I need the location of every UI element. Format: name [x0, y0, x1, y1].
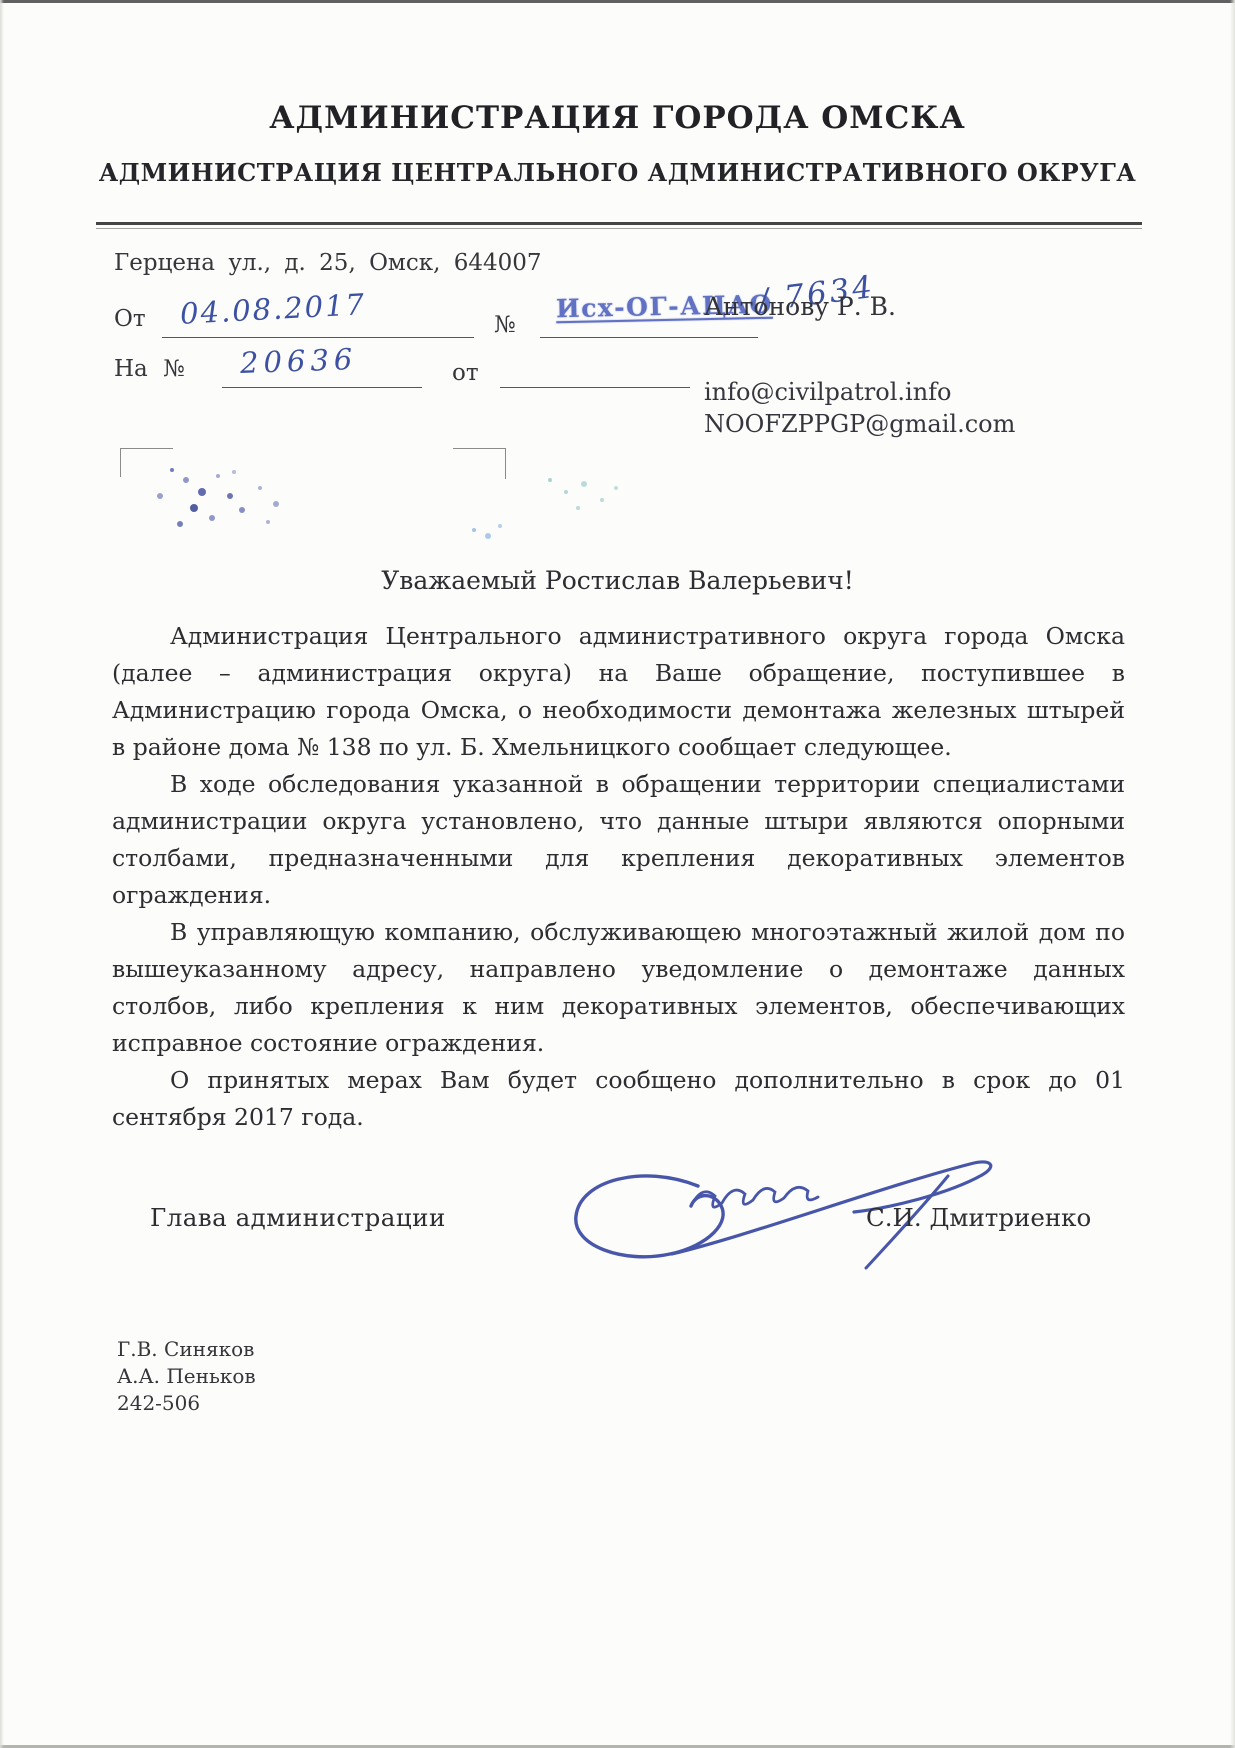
signoff-position: Глава администрации: [150, 1203, 446, 1232]
header-rule: [96, 222, 1142, 225]
body-paragraph-4: О принятых мерах Вам будет сообщено допо…: [112, 1062, 1125, 1136]
salutation: Уважаемый Ростислав Валерьевич!: [0, 566, 1235, 595]
executor-name-2: А.А. Пеньков: [117, 1363, 256, 1390]
org-title-line2: АДМИНИСТРАЦИЯ ЦЕНТРАЛЬНОГО АДМИНИСТРАТИВ…: [0, 158, 1235, 187]
footer-block: Г.В. Синяков А.А. Пеньков 242-506: [117, 1336, 256, 1417]
scan-edge-left: [0, 0, 4, 1748]
address-corner-mark-right: [453, 448, 506, 479]
scan-edge-top: [0, 0, 1235, 3]
address-corner-mark-left: [120, 448, 173, 477]
signoff-name: С.И. Дмитриенко: [866, 1203, 1091, 1232]
org-title-line1: АДМИНИСТРАЦИЯ ГОРОДА ОМСКА: [0, 100, 1235, 136]
reply-from-label: от: [452, 360, 479, 386]
executor-phone: 242-506: [117, 1390, 256, 1417]
ink-smudge-teal: [548, 478, 552, 482]
reply-number-line: [222, 386, 422, 388]
reply-number-handwritten: 20636: [239, 342, 357, 380]
from-label: От: [114, 306, 146, 332]
header-rule-shadow: [96, 228, 1142, 229]
body-paragraph-1: Администрация Центрального административ…: [112, 618, 1125, 766]
reply-date-line: [500, 386, 690, 388]
body-paragraph-2: В ходе обследования указанной в обращени…: [112, 766, 1125, 914]
number-sign: №: [494, 312, 516, 338]
ink-smudge-cluster: [170, 468, 174, 472]
recipient-name: Антонову Р. В.: [704, 292, 896, 321]
recipient-email-primary: info@civilpatrol.info: [704, 378, 952, 406]
from-date-handwritten: 04.08.2017: [179, 287, 367, 331]
org-address: Герцена ул., д. 25, Омск, 644007: [114, 250, 542, 276]
reply-label: На №: [114, 356, 185, 382]
from-date-line: [162, 336, 474, 338]
executor-name-1: Г.В. Синяков: [117, 1336, 256, 1363]
scan-edge-right: [1230, 0, 1235, 1748]
letter-body: Администрация Центрального административ…: [112, 618, 1125, 1136]
recipient-email-secondary: NOOFZPPGP@gmail.com: [704, 410, 1015, 438]
ink-smudge-small: [472, 528, 476, 532]
letter-page: АДМИНИСТРАЦИЯ ГОРОДА ОМСКА АДМИНИСТРАЦИЯ…: [0, 0, 1235, 1748]
outgoing-number-line: [540, 336, 758, 338]
body-paragraph-3: В управляющую компанию, обслуживающею мн…: [112, 914, 1125, 1062]
